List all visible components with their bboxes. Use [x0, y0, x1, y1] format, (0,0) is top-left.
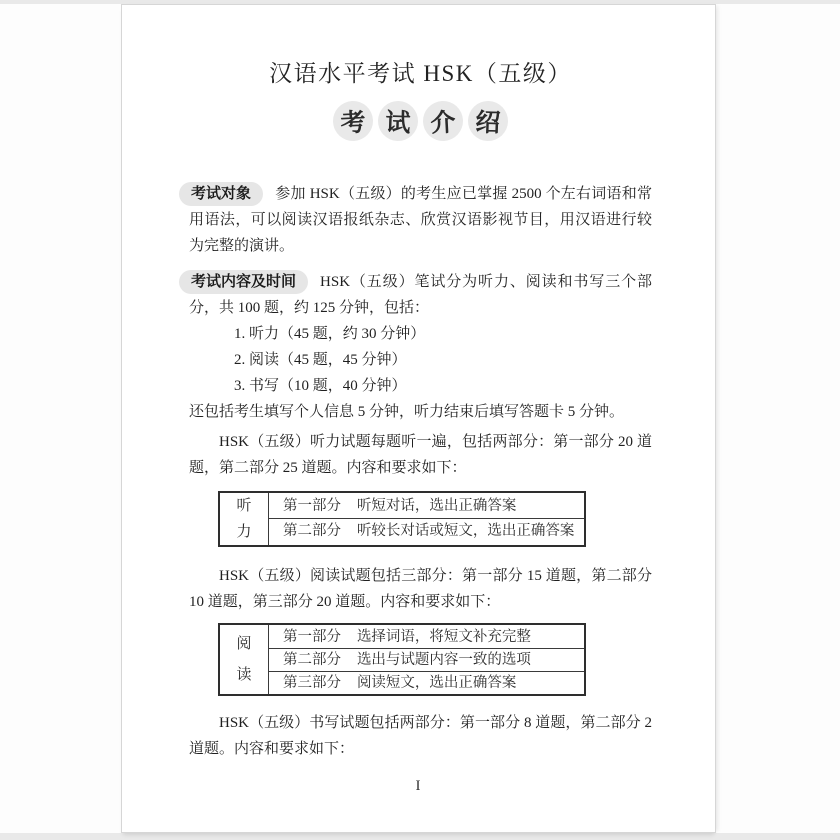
label-char: 读: [236, 662, 251, 688]
exam-target-paragraph: 考试对象参加 HSK（五级）的考生应已掌握 2500 个左右词语和常用语法，可以…: [189, 181, 652, 259]
stamp-char-circle: 介: [422, 100, 464, 142]
reading-paragraph: HSK（五级）阅读试题包括三部分：第一部分 15 道题，第二部分 10 道题，第…: [189, 563, 652, 615]
stamp-char-circle: 考: [332, 100, 374, 142]
viewport: 汉语水平考试 HSK（五级） 考 试 介 绍 考试对象参加 HSK（五级）的考生…: [0, 0, 840, 840]
part-cell: 第一部分: [283, 624, 341, 650]
exam-intro-stamp: 考 试 介 绍: [189, 101, 652, 141]
list-item-listening: 1. 听力（45 题，约 30 分钟）: [234, 321, 652, 347]
table-row: 第一部分 听短对话，选出正确答案: [269, 493, 584, 518]
table-row: 第一部分 选择词语，将短文补充完整: [269, 625, 584, 648]
label-char: 听: [236, 493, 251, 519]
table-row: 第二部分 听较长对话或短文，选出正确答案: [269, 518, 584, 543]
listening-table: 听 力 第一部分 听短对话，选出正确答案 第二部分 听较长对话或短文，选出正确答…: [218, 491, 586, 547]
desc-cell: 选择词语，将短文补充完整: [357, 624, 531, 650]
listening-table-label: 听 力: [220, 493, 269, 545]
label-char: 阅: [236, 631, 251, 657]
label-char: 力: [236, 519, 251, 545]
exam-target-badge: 考试对象: [179, 182, 263, 206]
part-cell: 第二部分: [283, 518, 341, 544]
desc-cell: 阅读短文，选出正确答案: [357, 670, 517, 696]
exam-content-note: 还包括考生填写个人信息 5 分钟，听力结束后填写答题卡 5 分钟。: [189, 399, 652, 425]
exam-content-paragraph: 考试内容及时间HSK（五级）笔试分为听力、阅读和书写三个部分，共 100 题，约…: [189, 269, 652, 321]
list-item-reading: 2. 阅读（45 题，45 分钟）: [234, 347, 652, 373]
exam-parts-list: 1. 听力（45 题，约 30 分钟） 2. 阅读（45 题，45 分钟） 3.…: [189, 321, 652, 399]
stamp-char-circle: 绍: [467, 100, 508, 141]
listening-paragraph: HSK（五级）听力试题每题听一遍，包括两部分：第一部分 20 道题，第二部分 2…: [189, 429, 652, 481]
writing-paragraph: HSK（五级）书写试题包括两部分：第一部分 8 道题，第二部分 2 道题。内容和…: [189, 710, 652, 762]
page-number: I: [122, 778, 715, 795]
desc-cell: 听短对话，选出正确答案: [357, 493, 517, 519]
table-row: 第三部分 阅读短文，选出正确答案: [269, 671, 584, 694]
exam-content-badge: 考试内容及时间: [179, 270, 308, 294]
stamp-char-circle: 试: [377, 100, 418, 141]
bottom-gutter: [0, 833, 840, 840]
listening-table-rows: 第一部分 听短对话，选出正确答案 第二部分 听较长对话或短文，选出正确答案: [269, 493, 584, 545]
part-cell: 第三部分: [283, 670, 341, 696]
reading-table: 阅 读 第一部分 选择词语，将短文补充完整 第二部分 选出与试题内容一致的选项 …: [218, 623, 586, 696]
part-cell: 第一部分: [283, 493, 341, 519]
table-row: 第二部分 选出与试题内容一致的选项: [269, 648, 584, 671]
reading-table-label: 阅 读: [220, 625, 269, 694]
desc-cell: 听较长对话或短文，选出正确答案: [357, 518, 575, 544]
reading-table-rows: 第一部分 选择词语，将短文补充完整 第二部分 选出与试题内容一致的选项 第三部分…: [269, 625, 584, 694]
page-title: 汉语水平考试 HSK（五级）: [189, 55, 652, 88]
list-item-writing: 3. 书写（10 题，40 分钟）: [234, 373, 652, 399]
document-page: 汉语水平考试 HSK（五级） 考 试 介 绍 考试对象参加 HSK（五级）的考生…: [121, 4, 716, 833]
